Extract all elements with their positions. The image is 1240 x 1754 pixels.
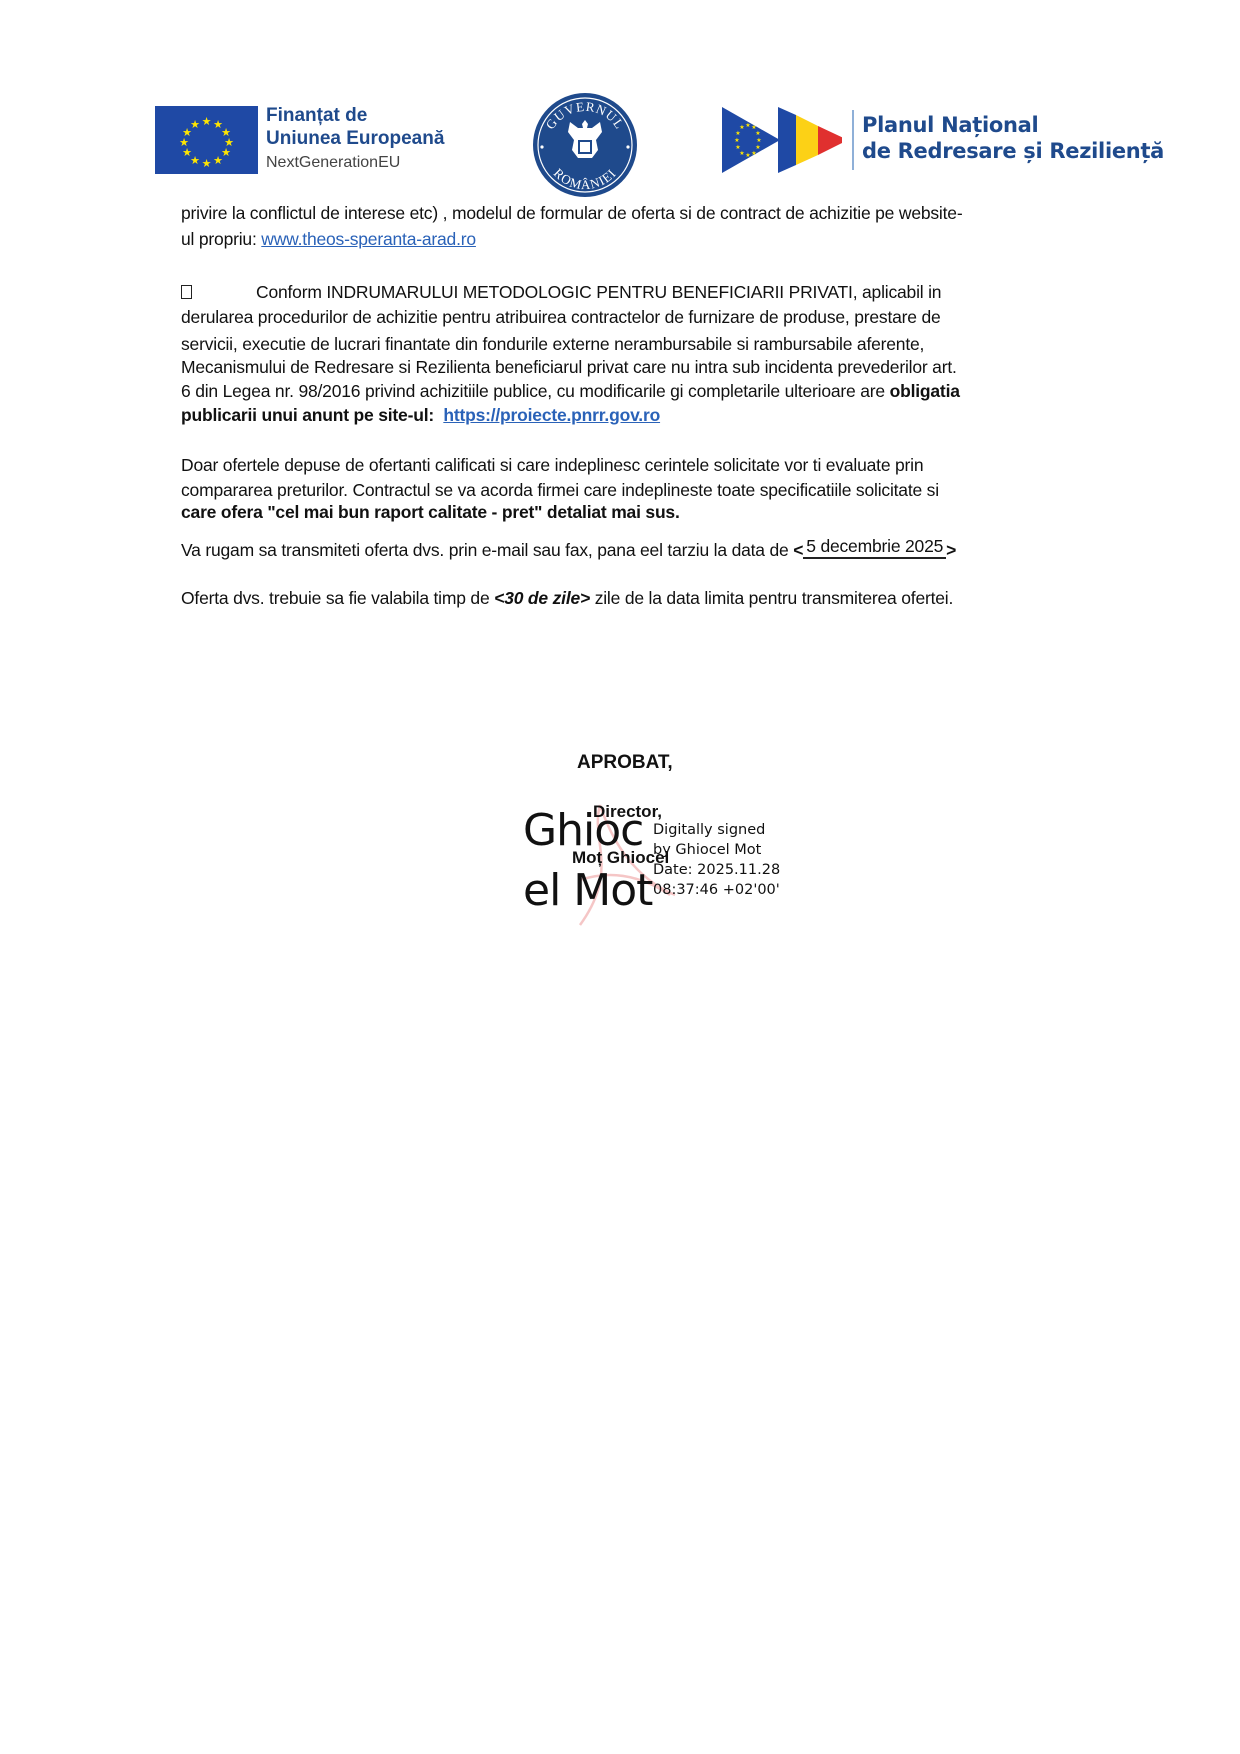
svg-text:★: ★ [202,157,212,170]
obligation-bold: obligatia [890,381,960,401]
validity-period: <30 de zile> [494,588,590,608]
paragraph-2-line-6: publicarii unui anunt pe site-ul: https:… [181,402,1081,428]
svg-text:★: ★ [735,144,740,151]
validity-suffix: zile de la data limita pentru transmiter… [590,588,953,608]
eu-line-2: Uniunea Europeană [266,127,444,150]
signature-name-large-2: el Mot [523,866,652,916]
svg-text:★: ★ [751,150,756,157]
paragraph-3-line-3: care ofera "cel mai bun raport calitate … [181,499,1081,525]
svg-text:★: ★ [735,130,740,137]
svg-text:★: ★ [202,115,212,128]
deadline-date-field[interactable]: 5 decembrie 2025 [803,535,946,559]
svg-text:★: ★ [756,137,761,144]
svg-text:★: ★ [755,130,760,137]
paragraph-2-text-5: 6 din Legea nr. 98/2016 privind achiziti… [181,381,890,401]
signature-detail-line: 08:37:46 +02'00' [653,880,780,900]
publication-bold: publicarii unui anunt pe site-ul: [181,405,434,425]
pnrr-divider [852,110,854,170]
eu-line-1: Finanțat de [266,104,444,127]
deadline-line: Va rugam sa transmiteti oferta dvs. prin… [181,537,1081,563]
eu-flag-icon: ★ ★ ★ ★ ★ ★ ★ ★ ★ ★ ★ ★ [155,106,258,174]
paragraph-2-line-4: Mecanismului de Redresare si Rezilienta … [181,354,1081,380]
website-link[interactable]: www.theos-speranta-arad.ro [261,229,476,249]
deadline-text: Va rugam sa transmiteti oferta dvs. prin… [181,540,793,560]
eu-stars-icon: ★ ★ ★ ★ ★ ★ ★ ★ ★ ★ ★ ★ [155,106,258,174]
svg-text:★: ★ [739,150,744,157]
eu-line-3: NextGenerationEU [266,152,444,174]
svg-text:★: ★ [213,154,223,167]
paragraph-2-text-1: Conform INDRUMARULUI METODOLOGIC PENTRU … [256,282,941,302]
approved-heading: APROBAT, [577,752,673,774]
svg-text:★: ★ [745,122,750,129]
validity-prefix: Oferta dvs. trebuie sa fie valabila timp… [181,588,494,608]
deadline-open-bracket: < [793,540,803,560]
signature-detail-line: Digitally signed [653,820,780,840]
pnrr-projects-link[interactable]: https://proiecte.pnrr.gov.ro [443,405,660,425]
pnrr-line-1: Planul Național [862,112,1164,138]
director-role: Director, [593,802,662,822]
svg-text:★: ★ [734,137,739,144]
romanian-government-seal-icon: GUVERNUL ROMÂNIEI [530,90,640,200]
paragraph-2-line-5: 6 din Legea nr. 98/2016 privind achiziti… [181,378,1081,404]
validity-line: Oferta dvs. trebuie sa fie valabila timp… [181,585,1081,611]
bullet-square-icon [181,285,192,299]
paragraph-2-line-1: Conform INDRUMARULUI METODOLOGIC PENTRU … [181,279,1081,305]
pnrr-title: Planul Național de Redresare și Rezilien… [862,112,1164,164]
paragraph-2-line-2: derularea procedurilor de achizitie pent… [181,304,1081,330]
paragraph-1-line-1: privire la conflictul de interese etc) ,… [181,200,1081,226]
pnrr-line-2: de Redresare și Reziliență [862,138,1164,164]
digital-signature-details[interactable]: Digitally signed by Ghiocel Mot Date: 20… [653,820,780,900]
signature-detail-line: Date: 2025.11.28 [653,860,780,880]
paragraph-3-line-1: Doar ofertele depuse de ofertanti califi… [181,452,1081,478]
signature-detail-line: by Ghiocel Mot [653,840,780,860]
eu-funding-label: Finanțat de Uniunea Europeană NextGenera… [266,104,444,174]
paragraph-1-line-2: ul propriu: www.theos-speranta-arad.ro [181,226,1081,252]
svg-text:★: ★ [190,118,200,131]
paragraph-1-prefix: ul propriu: [181,229,261,249]
svg-text:★: ★ [745,152,750,159]
pnrr-arrows-icon: ★★★ ★★★ ★★★ ★★★ [722,107,842,173]
deadline-close-bracket: > [946,540,956,560]
